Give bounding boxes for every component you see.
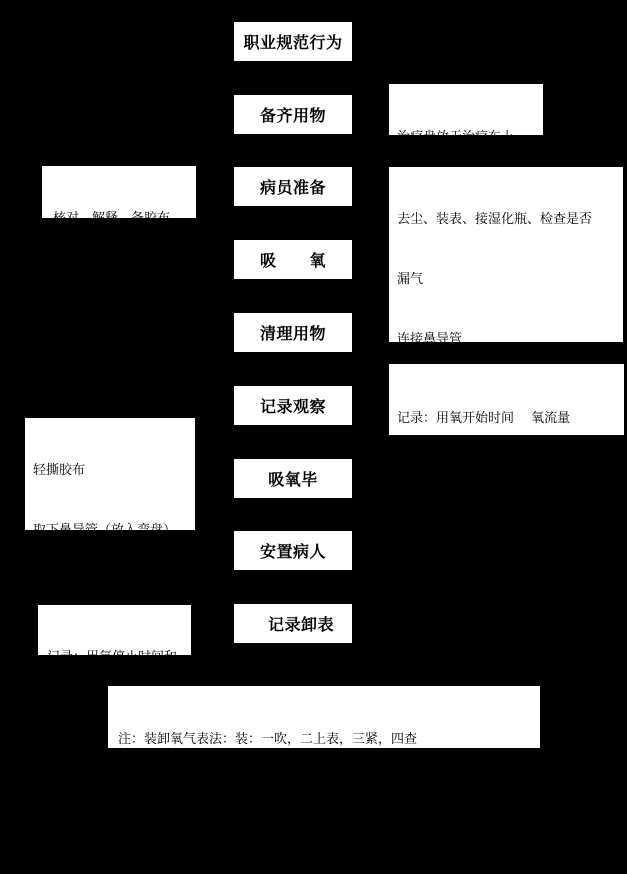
step-finish-oxygen: 吸氧毕 (234, 459, 352, 498)
note-line: 关流量表开关，关总开关 (33, 581, 187, 601)
step-label: 记录卸表 (268, 612, 334, 635)
note-line: 注：装卸氧气表法：装：一吹，二上表，三紧，四查 (118, 730, 532, 750)
step-prepare-items: 备齐用物 (234, 95, 352, 134)
step-label: 职业规范行为 (243, 30, 342, 53)
step-professional-conduct: 职业规范行为 (234, 22, 352, 61)
step-label: 吸 氧 (260, 248, 326, 271)
note-line: 治疗盘放于治疗车上 (397, 128, 535, 148)
note-line: 观察：呼吸道、鼻导管是否通畅 (397, 469, 616, 489)
note-line: 漏气 (397, 270, 615, 290)
step-clean-up: 清理用物 (234, 313, 352, 352)
note-patient-prep: 核对、解释、备胶布 选择、清洁鼻孔 (42, 166, 196, 218)
note-oxygen-steps: 去尘、装表、接湿化瓶、检查是否 漏气 连接鼻导管 调节氧流量，氧气流入通畅 冷开… (389, 167, 623, 342)
note-line: 记录：用氧开始时间 氧流量 (397, 409, 616, 429)
note-line: 连接鼻导管 (397, 330, 615, 350)
step-label: 清理用物 (260, 321, 326, 344)
step-patient-prep: 病员准备 (234, 167, 352, 206)
step-label: 安置病人 (260, 539, 326, 562)
note-prepare-items: 治疗盘放于治疗车上 氧气筒推至床旁 (389, 84, 543, 135)
note-line: 插鼻导管至鼻腔 (397, 570, 615, 590)
footnote-gauge-method: 注：装卸氧气表法：装：一吹，二上表，三紧，四查 卸：一关，二拿表，三松，四卸 (108, 686, 540, 748)
step-record-unload: 记录卸表 (234, 604, 352, 643)
note-line: 卸：一关，二拿表，三松，四卸 (118, 790, 532, 810)
note-line: 记录：用氧停止时间和 (47, 648, 183, 668)
note-line: 去尘、装表、接湿化瓶、检查是否 (397, 210, 615, 230)
note-finish-oxygen: 轻撕胶布 取下鼻导管（放入弯盘） 关流量表开关，关总开关 开流量表开关放余气 关… (25, 418, 195, 530)
note-line: 呼吸困难有无改善 (397, 529, 616, 549)
step-label: 记录观察 (260, 394, 326, 417)
step-label: 吸氧毕 (268, 467, 318, 490)
note-line: 固定鼻导管（鼻翼，面颊部） (397, 630, 615, 650)
note-line: 取下鼻导管（放入弯盘） (33, 521, 187, 541)
note-record-observe: 记录：用氧开始时间 氧流量 观察：呼吸道、鼻导管是否通畅 呼吸困难有无改善 (389, 364, 624, 435)
note-line: 轻撕胶布 (33, 461, 187, 481)
note-record-unload: 记录：用氧停止时间和 呼吸困难改善情况 (38, 605, 191, 655)
step-label: 病员准备 (260, 175, 326, 198)
note-line: 选择、清洁鼻孔 (53, 269, 188, 289)
note-line: 核对、解释、备胶布 (53, 209, 188, 229)
step-record-observe: 记录观察 (234, 386, 352, 425)
step-label: 备齐用物 (260, 103, 326, 126)
step-oxygen: 吸 氧 (234, 240, 352, 279)
step-settle-patient: 安置病人 (234, 531, 352, 570)
